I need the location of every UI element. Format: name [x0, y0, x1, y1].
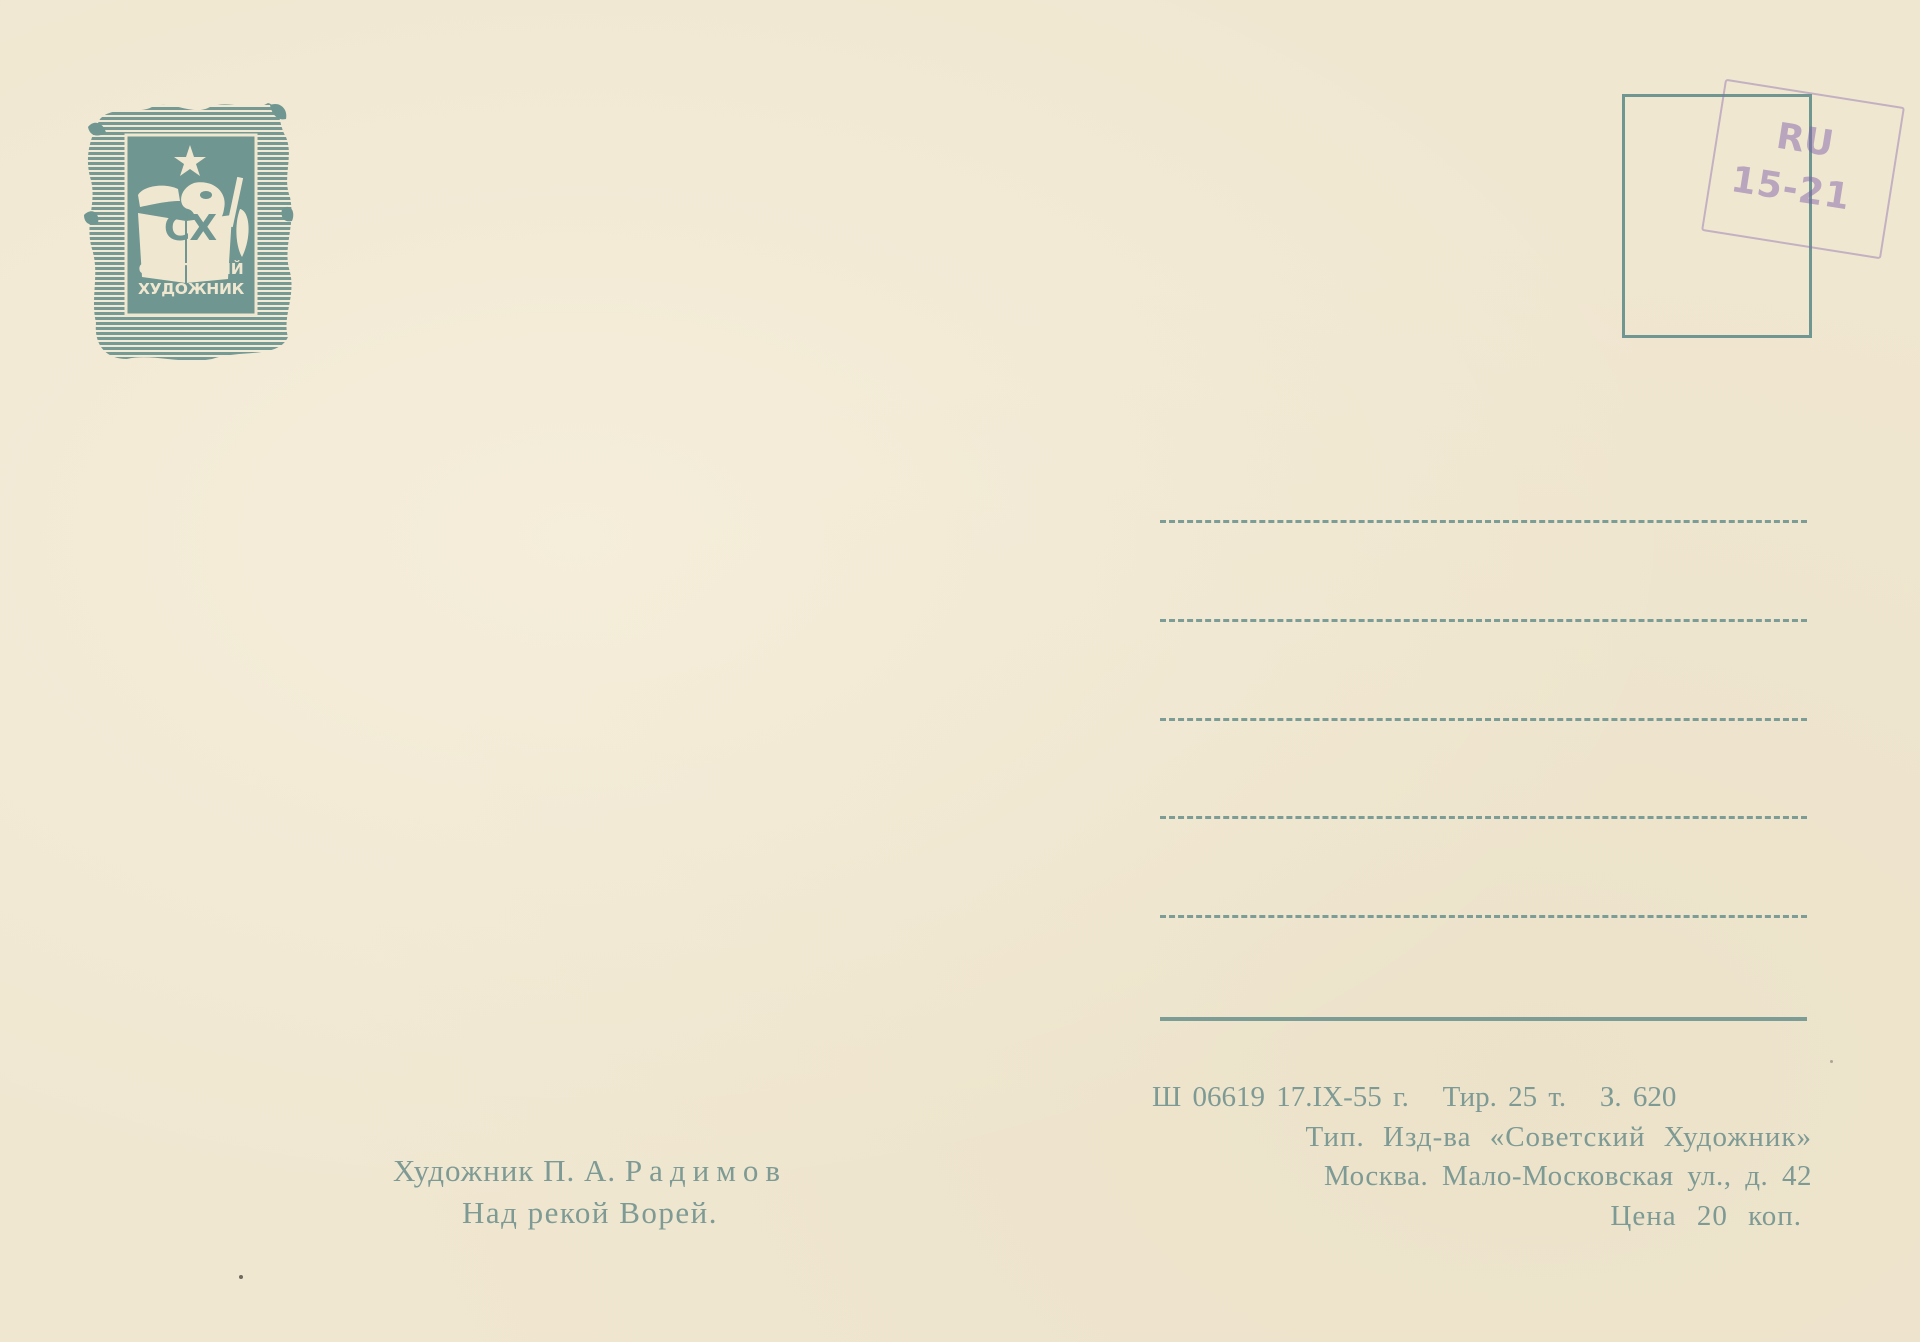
- logo-text-line1: СОВЕТСКИЙ: [128, 262, 254, 278]
- logo-text-line2: ХУДОЖНИК: [128, 282, 254, 298]
- address-line-2: [1160, 619, 1807, 622]
- paper-speck: [1830, 1060, 1833, 1063]
- address-line-3: [1160, 718, 1807, 721]
- artist-surname: Радимов: [625, 1153, 787, 1188]
- address-line-4: [1160, 816, 1807, 819]
- postmark-line1: RU: [1774, 116, 1837, 165]
- imprint-line-order: Ш 06619 17.IX-55 г. Тир. 25 т. З. 620: [1140, 1078, 1812, 1118]
- imprint-line-publisher: Тип. Изд-ва «Советский Художник»: [1140, 1118, 1812, 1158]
- address-line-1: [1160, 520, 1807, 523]
- artist-prefix: Художник П. А.: [393, 1153, 616, 1188]
- artist-credit: Художник П. А. Радимов: [300, 1150, 880, 1192]
- postmark-line2: 15-21: [1728, 159, 1853, 218]
- address-line-solid: [1160, 1017, 1807, 1021]
- address-line-5: [1160, 915, 1807, 918]
- postmark-stamp: RU 15-21: [1701, 79, 1905, 260]
- imprint-line-price: Цена 20 коп.: [1140, 1197, 1812, 1237]
- logo-monogram: СХ: [150, 211, 230, 247]
- paper-speck: [239, 1275, 243, 1279]
- publisher-logo: СХ СОВЕТСКИЙ ХУДОЖНИК: [82, 97, 294, 365]
- imprint-line-address: Москва. Мало-Московская ул., д. 42: [1140, 1157, 1812, 1197]
- artwork-caption: Художник П. А. Радимов Над рекой Ворей.: [300, 1150, 880, 1234]
- artwork-title: Над рекой Ворей.: [300, 1192, 880, 1234]
- printer-imprint: Ш 06619 17.IX-55 г. Тир. 25 т. З. 620 Ти…: [1140, 1078, 1812, 1236]
